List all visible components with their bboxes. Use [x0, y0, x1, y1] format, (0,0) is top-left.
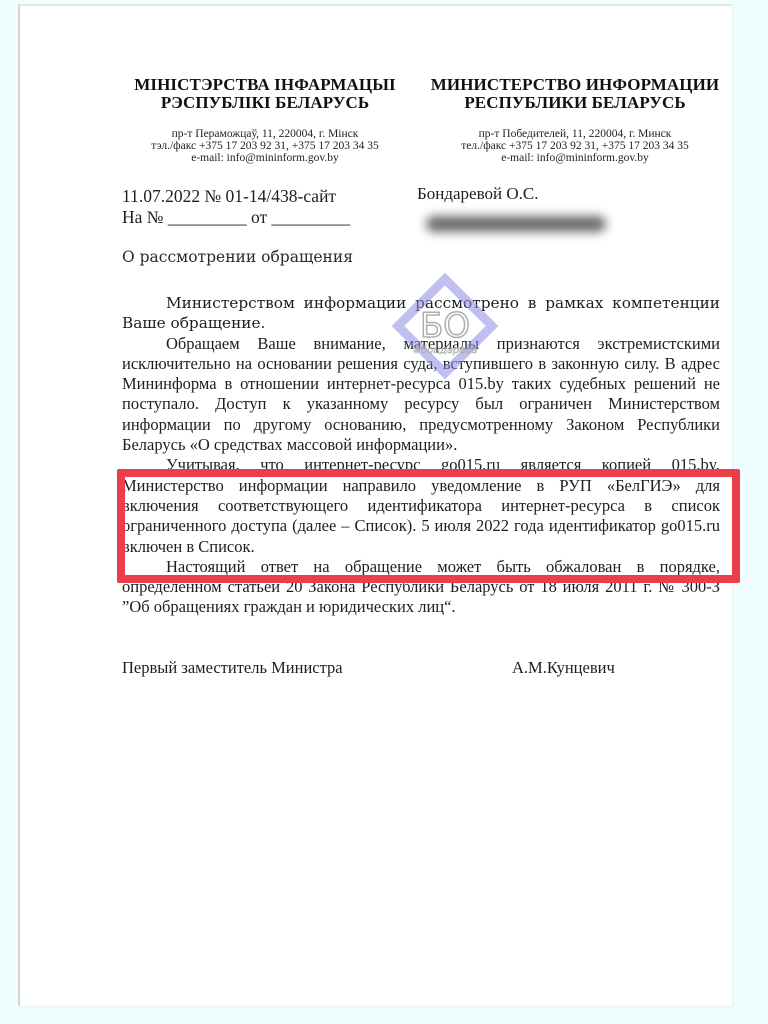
- phone-by: тэл./факс +375 17 203 92 31, +375 17 203…: [115, 140, 415, 152]
- redacted-address: [426, 216, 606, 232]
- org-name-ru-line2: РЕСПУБЛИКИ БЕЛАРУСЬ: [425, 94, 725, 112]
- email-by: e-mail: info@mininform.gov.by: [115, 152, 415, 164]
- address-ru: пр-т Победителей, 11, 220004, г. Минск: [425, 128, 725, 140]
- phone-ru: тел./факс +375 17 203 92 31, +375 17 203…: [425, 140, 725, 152]
- paragraph-3-highlighted: Учитывая, что интернет-ресурс go015.ru я…: [122, 455, 720, 556]
- document-page: МІНІСТЭРСТВА ІНФАРМАЦЫІ РЭСПУБЛІКІ БЕЛАР…: [18, 4, 732, 1006]
- letterhead-russian: МИНИСТЕРСТВО ИНФОРМАЦИИ РЕСПУБЛИКИ БЕЛАР…: [425, 76, 725, 164]
- incoming-reference: На № _________ от _________: [122, 207, 350, 228]
- reference-block: 11.07.2022 № 01-14/438-сайт На № _______…: [122, 186, 350, 228]
- signatory-name: А.М.Кунцевич: [512, 658, 615, 678]
- paragraph-1: Министерством информации рассмотрено в р…: [122, 293, 720, 334]
- signatory-position: Первый заместитель Министра: [122, 658, 343, 678]
- paragraph-2: Обращаем Ваше внимание, материалы призна…: [122, 334, 720, 456]
- org-name-by-line2: РЭСПУБЛІКІ БЕЛАРУСЬ: [115, 94, 415, 112]
- letterhead-belarusian: МІНІСТЭРСТВА ІНФАРМАЦЫІ РЭСПУБЛІКІ БЕЛАР…: [115, 76, 415, 164]
- paragraph-4: Настоящий ответ на обращение может быть …: [122, 557, 720, 618]
- address-by: пр-т Пераможцаў, 11, 220004, г. Мінск: [115, 128, 415, 140]
- letter-body: Министерством информации рассмотрено в р…: [122, 293, 720, 618]
- letter-subject: О рассмотрении обращения: [122, 248, 353, 266]
- recipient-name: Бондаревой О.С.: [417, 184, 538, 204]
- reference-number: 11.07.2022 № 01-14/438-сайт: [122, 186, 350, 207]
- org-name-ru-line1: МИНИСТЕРСТВО ИНФОРМАЦИИ: [425, 76, 725, 94]
- org-name-by-line1: МІНІСТЭРСТВА ІНФАРМАЦЫІ: [115, 76, 415, 94]
- email-ru: e-mail: info@mininform.gov.by: [425, 152, 725, 164]
